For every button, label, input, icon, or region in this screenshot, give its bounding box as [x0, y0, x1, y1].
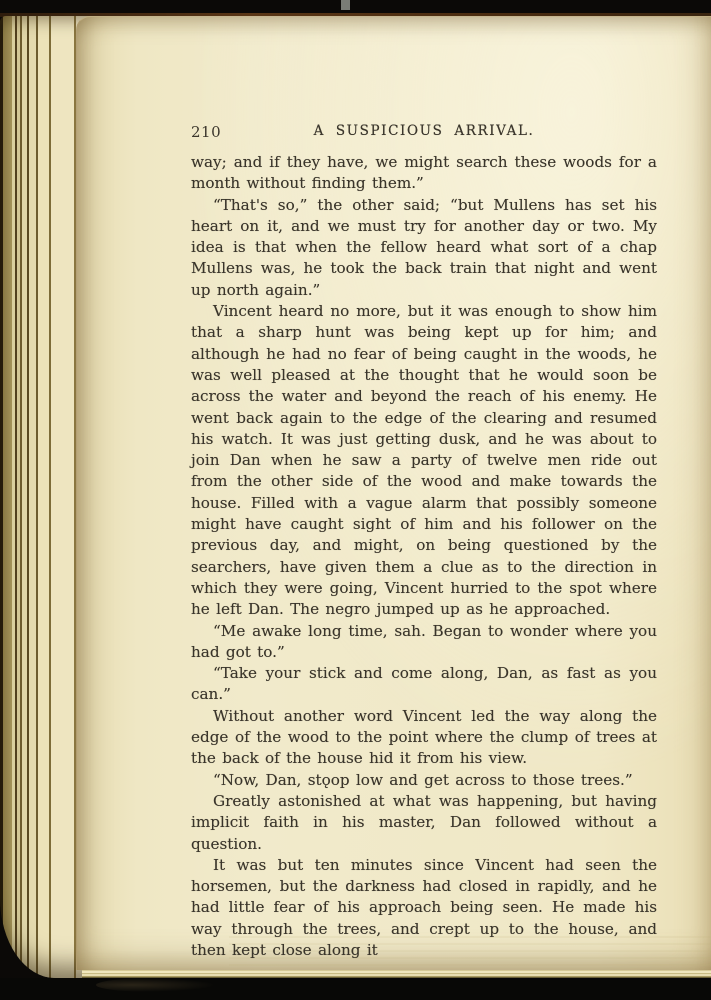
- body-text: way; and if they have, we might search t…: [191, 152, 657, 961]
- paragraph: “That's so,” the other said; “but Mullen…: [191, 195, 657, 301]
- paragraph: “Take your stick and come along, Dan, as…: [191, 663, 657, 706]
- scan-top-frame: [0, 0, 711, 13]
- paragraph: “Now, Dan, stǫop low and get across to t…: [191, 770, 657, 791]
- printed-text-block: 210 A SUSPICIOUS ARRIVAL. way; and if th…: [191, 123, 657, 961]
- chapter-running-title: A SUSPICIOUS ARRIVAL.: [191, 123, 657, 139]
- scanned-book-photo: 210 A SUSPICIOUS ARRIVAL. way; and if th…: [0, 0, 711, 1000]
- paragraph: Vincent heard no more, but it was enough…: [191, 301, 657, 620]
- paragraph: way; and if they have, we might search t…: [191, 152, 657, 195]
- book-page: 210 A SUSPICIOUS ARRIVAL. way; and if th…: [76, 16, 711, 970]
- running-head: 210 A SUSPICIOUS ARRIVAL.: [191, 123, 657, 141]
- paragraph: Without another word Vincent led the way…: [191, 706, 657, 770]
- bottom-page-edges: [82, 970, 711, 978]
- page-number: 210: [191, 123, 221, 141]
- paragraph: “Me awake long time, sah. Began to wonde…: [191, 621, 657, 664]
- paragraph: It was but ten minutes since Vincent had…: [191, 855, 657, 961]
- top-edge-notch: [341, 0, 350, 10]
- paragraph: Greatly astonished at what was happening…: [191, 791, 657, 855]
- bottom-shadow: [96, 978, 216, 992]
